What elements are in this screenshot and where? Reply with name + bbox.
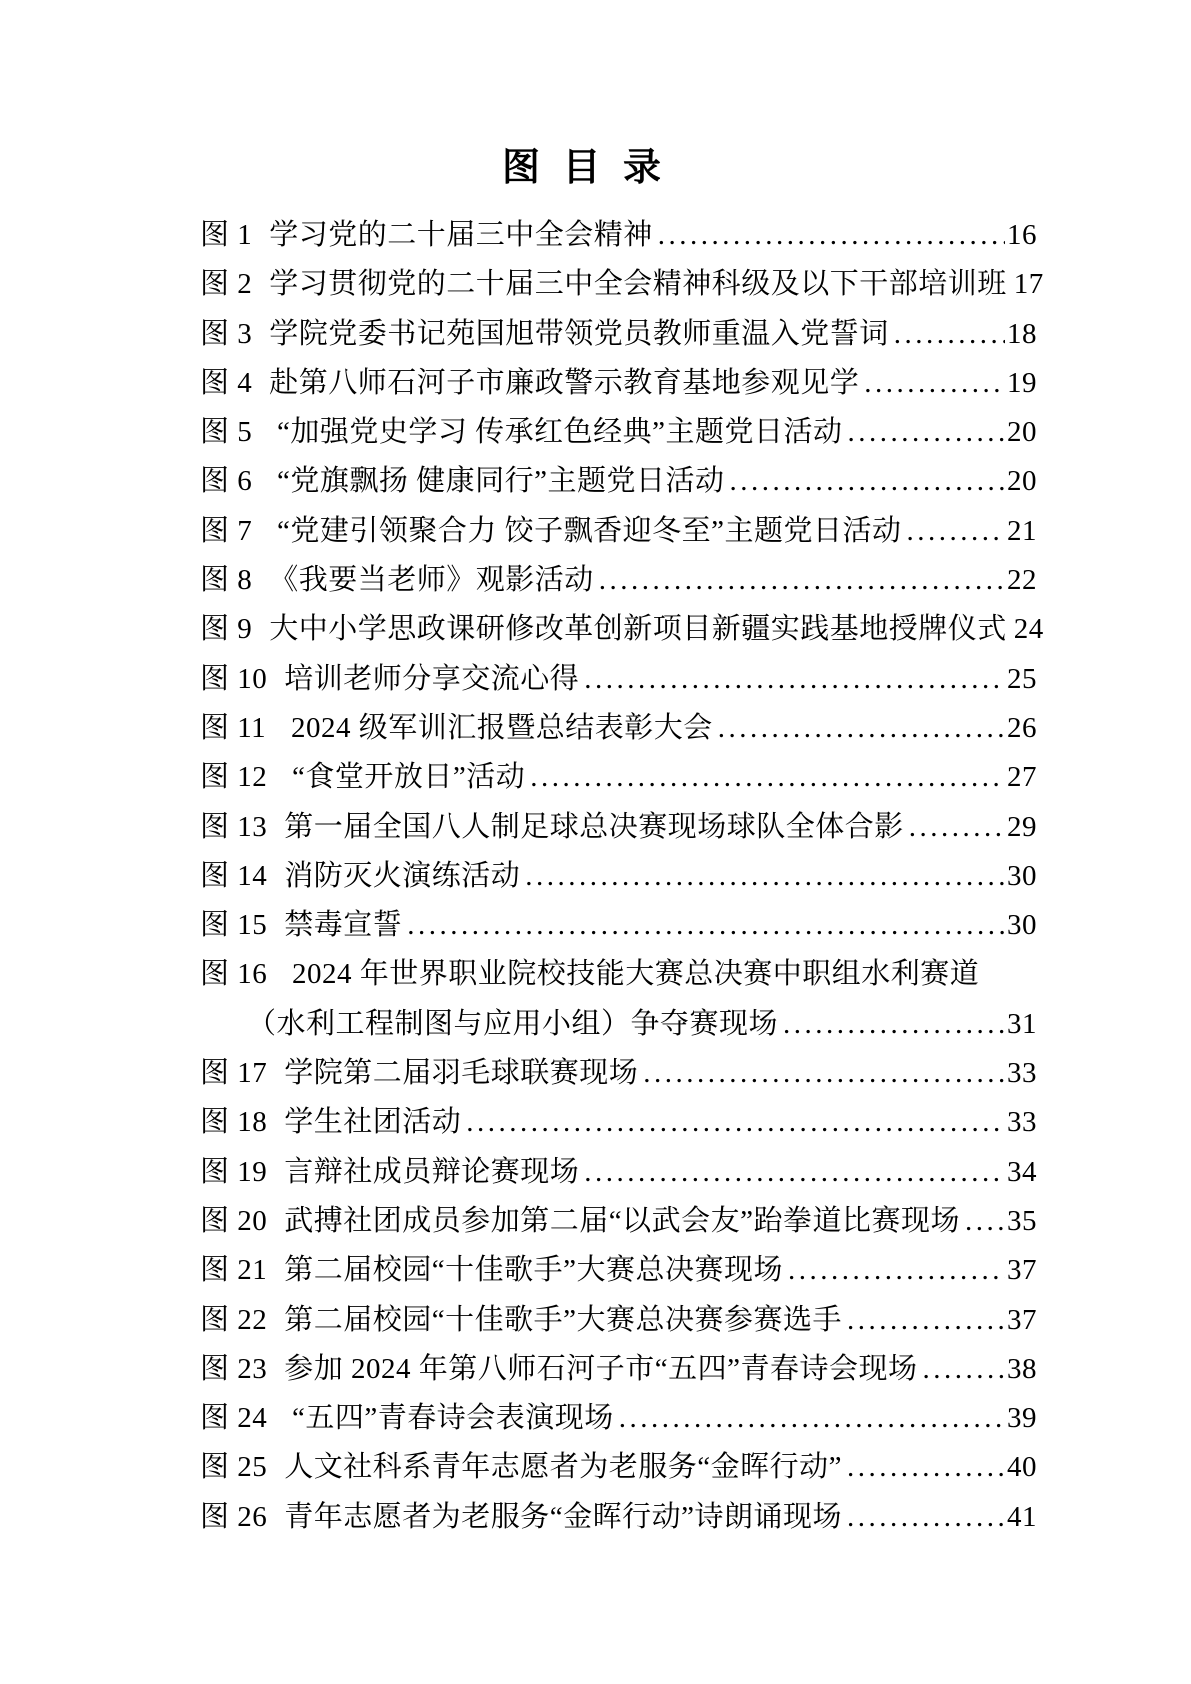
entry-page-number: 38	[1007, 1345, 1037, 1394]
entry-number: 图 20	[200, 1197, 267, 1246]
entry-title: 禁毒宣誓	[284, 901, 402, 950]
entry-number: 图 11	[200, 704, 266, 753]
entry-page-number: 21	[1007, 507, 1037, 556]
entry-title: 学习贯彻党的二十届三中全会精神科级及以下干部培训班	[269, 260, 1007, 309]
entry-title: “党建引领聚合力 饺子飘香迎冬至”主题党日活动	[269, 507, 901, 556]
toc-entry[interactable]: 图 17 学院第二届羽毛球联赛现场 33	[200, 1049, 1037, 1098]
entry-page-number: 20	[1007, 457, 1037, 506]
entry-number: 图 26	[200, 1493, 267, 1542]
page-title: 图 目 录	[166, 147, 1003, 189]
entry-number: 图 14	[200, 852, 267, 901]
entry-title: 武搏社团成员参加第二届“以武会友”跆拳道比赛现场	[284, 1197, 960, 1246]
toc-entry[interactable]: 图 23 参加 2024 年第八师石河子市“五四”青春诗会现场 38	[200, 1345, 1037, 1394]
dot-leader	[584, 1148, 1005, 1197]
entry-title: 学习党的二十届三中全会精神	[269, 211, 653, 260]
entry-number: 图 8	[200, 556, 252, 605]
entry-number: 图 9	[200, 605, 252, 654]
toc-entry[interactable]: 图 2 学习贯彻党的二十届三中全会精神科级及以下干部培训班 17	[200, 260, 1037, 309]
entry-page-number: 25	[1007, 655, 1037, 704]
entry-number: 图 24	[200, 1394, 267, 1443]
entry-title: 学院第二届羽毛球联赛现场	[284, 1049, 638, 1098]
dot-leader	[788, 1246, 1005, 1295]
dot-leader	[730, 457, 1005, 506]
toc-entry[interactable]: 图 19 言辩社成员辩论赛现场 34	[200, 1148, 1037, 1197]
dot-leader	[847, 1493, 1005, 1542]
toc-entry[interactable]: 图 4 赴第八师石河子市廉政警示教育基地参观见学 19	[200, 359, 1037, 408]
toc-entry[interactable]: 图 25 人文社科系青年志愿者为老服务“金晖行动” 40	[200, 1443, 1037, 1492]
toc-entry[interactable]: 图 16 2024 年世界职业院校技能大赛总决赛中职组水利赛道	[200, 950, 1037, 999]
toc-entry[interactable]: 图 26 青年志愿者为老服务“金晖行动”诗朗诵现场 41	[200, 1493, 1037, 1542]
entry-page-number: 17	[1014, 260, 1044, 309]
toc-entry[interactable]: 图 9 大中小学思政课研修改革创新项目新疆实践基地授牌仪式 24	[200, 605, 1037, 654]
dot-leader	[847, 1443, 1005, 1492]
dot-leader	[530, 753, 1005, 802]
entry-number: 图 25	[200, 1443, 267, 1492]
entry-number: 图 4	[200, 359, 252, 408]
entry-title: 消防灭火演练活动	[284, 852, 520, 901]
entry-number: 图 19	[200, 1148, 267, 1197]
entry-number: 图 21	[200, 1246, 267, 1295]
toc-entry[interactable]: 图 10 培训老师分享交流心得 25	[200, 655, 1037, 704]
entry-title: 赴第八师石河子市廉政警示教育基地参观见学	[269, 359, 859, 408]
dot-leader	[909, 803, 1005, 852]
entry-number: 图 22	[200, 1296, 267, 1345]
entry-title: 第二届校园“十佳歌手”大赛总决赛现场	[284, 1246, 783, 1295]
entry-page-number: 39	[1007, 1394, 1037, 1443]
entry-number: 图 2	[200, 260, 252, 309]
toc-entry[interactable]: 图 5 “加强党史学习 传承红色经典”主题党日活动 20	[200, 408, 1037, 457]
dot-leader	[599, 556, 1005, 605]
entry-title: 2024 级军训汇报暨总结表彰大会	[283, 704, 713, 753]
entry-number: 图 15	[200, 901, 267, 950]
entry-title: 人文社科系青年志愿者为老服务“金晖行动”	[284, 1443, 842, 1492]
entry-page-number: 33	[1007, 1098, 1037, 1147]
toc-entry[interactable]: 图 8 《我要当老师》观影活动 22	[200, 556, 1037, 605]
entry-title: 2024 年世界职业院校技能大赛总决赛中职组水利赛道	[284, 950, 979, 999]
entry-title: “加强党史学习 传承红色经典”主题党日活动	[269, 408, 842, 457]
toc-entry[interactable]: 图 3 学院党委书记苑国旭带领党员教师重温入党誓词 18	[200, 310, 1037, 359]
entry-page-number: 19	[1007, 359, 1037, 408]
entry-number: 图 1	[200, 211, 252, 260]
dot-leader	[965, 1197, 1005, 1246]
dot-leader	[847, 1296, 1005, 1345]
entry-number: 图 13	[200, 803, 267, 852]
entry-page-number: 20	[1007, 408, 1037, 457]
entry-page-number: 24	[1014, 605, 1044, 654]
entry-number: 图 7	[200, 507, 252, 556]
toc-entry[interactable]: 图 14 消防灭火演练活动 30	[200, 852, 1037, 901]
entry-title: 学院党委书记苑国旭带领党员教师重温入党誓词	[269, 310, 889, 359]
entry-title: 青年志愿者为老服务“金晖行动”诗朗诵现场	[284, 1493, 842, 1542]
entry-title: “五四”青春诗会表演现场	[284, 1394, 614, 1443]
entry-page-number: 18	[1007, 310, 1037, 359]
toc-entry[interactable]: 图 1 学习党的二十届三中全会精神 16	[200, 211, 1037, 260]
toc-entry[interactable]: 图 13 第一届全国八人制足球总决赛现场球队全体合影 29	[200, 803, 1037, 852]
entry-title: “食堂开放日”活动	[284, 753, 525, 802]
entry-title: 言辩社成员辩论赛现场	[284, 1148, 579, 1197]
dot-leader	[466, 1098, 1005, 1147]
entry-number: 图 17	[200, 1049, 267, 1098]
entry-title: 学生社团活动	[284, 1098, 461, 1147]
entry-page-number: 33	[1007, 1049, 1037, 1098]
dot-leader	[718, 704, 1005, 753]
entry-title: （水利工程制图与应用小组）争夺赛现场	[247, 1000, 778, 1049]
dot-leader	[907, 507, 1005, 556]
entry-page-number: 30	[1007, 901, 1037, 950]
dot-leader	[407, 901, 1005, 950]
entry-number: 图 6	[200, 457, 252, 506]
entry-page-number: 37	[1007, 1296, 1037, 1345]
entry-page-number: 30	[1007, 852, 1037, 901]
entry-page-number: 37	[1007, 1246, 1037, 1295]
entry-page-number: 34	[1007, 1148, 1037, 1197]
entry-title: 第二届校园“十佳歌手”大赛总决赛参赛选手	[284, 1296, 842, 1345]
dot-leader	[658, 211, 1005, 260]
entry-title: 《我要当老师》观影活动	[269, 556, 594, 605]
toc-entry[interactable]: 图 18 学生社团活动 33	[200, 1098, 1037, 1147]
figure-toc-list: 图 1 学习党的二十届三中全会精神 16 图 2 学习贯彻党的二十届三中全会精神…	[200, 211, 1037, 1542]
entry-number: 图 23	[200, 1345, 267, 1394]
dot-leader	[584, 655, 1005, 704]
entry-title: 大中小学思政课研修改革创新项目新疆实践基地授牌仪式	[269, 605, 1007, 654]
toc-entry[interactable]: 图 24 “五四”青春诗会表演现场 39	[200, 1394, 1037, 1443]
entry-number: 图 3	[200, 310, 252, 359]
entry-page-number: 26	[1007, 704, 1037, 753]
document-page: 图 目 录 图 1 学习党的二十届三中全会精神 16 图 2 学习贯彻党的二十届…	[0, 0, 1191, 1684]
entry-number: 图 12	[200, 753, 267, 802]
toc-entry[interactable]: 图 7 “党建引领聚合力 饺子飘香迎冬至”主题党日活动 21	[200, 507, 1037, 556]
toc-entry[interactable]: 图 15 禁毒宣誓 30	[200, 901, 1037, 950]
entry-number: 图 16	[200, 950, 267, 999]
entry-page-number: 40	[1007, 1443, 1037, 1492]
dot-leader	[525, 852, 1005, 901]
entry-title: 第一届全国八人制足球总决赛现场球队全体合影	[284, 803, 904, 852]
toc-entry[interactable]: 图 21 第二届校园“十佳歌手”大赛总决赛现场 37	[200, 1246, 1037, 1295]
toc-entry[interactable]: 图 12 “食堂开放日”活动 27	[200, 753, 1037, 802]
toc-entry[interactable]: 图 6 “党旗飘扬 健康同行”主题党日活动 20	[200, 457, 1037, 506]
toc-entry[interactable]: 图 11 2024 级军训汇报暨总结表彰大会 26	[200, 704, 1037, 753]
entry-page-number: 16	[1007, 211, 1037, 260]
dot-leader	[643, 1049, 1005, 1098]
entry-page-number: 27	[1007, 753, 1037, 802]
entry-title: “党旗飘扬 健康同行”主题党日活动	[269, 457, 724, 506]
toc-entry[interactable]: 图 22 第二届校园“十佳歌手”大赛总决赛参赛选手 37	[200, 1296, 1037, 1345]
entry-page-number: 29	[1007, 803, 1037, 852]
toc-entry[interactable]: 图 20 武搏社团成员参加第二届“以武会友”跆拳道比赛现场 35	[200, 1197, 1037, 1246]
entry-number: 图 18	[200, 1098, 267, 1147]
entry-page-number: 31	[1007, 1000, 1037, 1049]
entry-number: 图 5	[200, 408, 252, 457]
entry-page-number: 22	[1007, 556, 1037, 605]
entry-page-number: 35	[1007, 1197, 1037, 1246]
dot-leader	[619, 1394, 1005, 1443]
dot-leader	[783, 1000, 1005, 1049]
dot-leader	[923, 1345, 1005, 1394]
entry-title: 参加 2024 年第八师石河子市“五四”青春诗会现场	[284, 1345, 917, 1394]
entry-page-number: 41	[1007, 1493, 1037, 1542]
entry-title: 培训老师分享交流心得	[284, 655, 579, 704]
dot-leader	[894, 310, 1005, 359]
entry-number: 图 10	[200, 655, 267, 704]
dot-leader	[864, 359, 1005, 408]
dot-leader	[848, 408, 1005, 457]
toc-content: 图 目 录 图 1 学习党的二十届三中全会精神 16 图 2 学习贯彻党的二十届…	[200, 0, 1037, 1542]
toc-entry[interactable]: （水利工程制图与应用小组）争夺赛现场 31	[200, 1000, 1037, 1049]
